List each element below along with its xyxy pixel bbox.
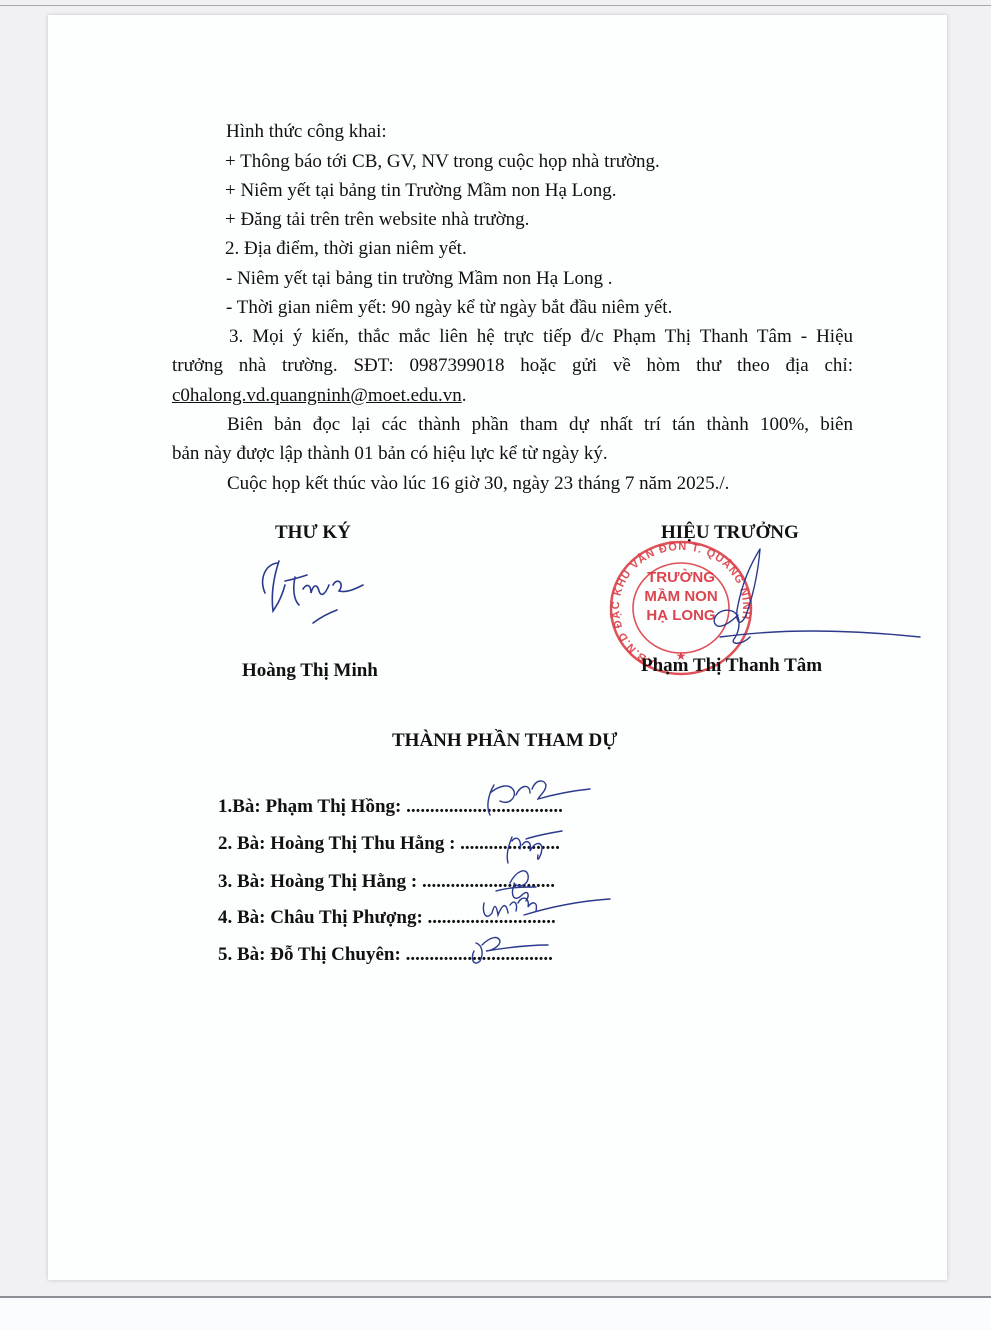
disclosure-item-meeting: + Thông báo tới CB, GV, NV trong cuộc họ… bbox=[225, 151, 660, 173]
disclosure-item-board: + Niêm yết tại bảng tin Trường Mầm non H… bbox=[225, 180, 617, 202]
attendee-4: 4. Bà: Châu Thị Phượng: ................… bbox=[218, 907, 556, 929]
posting-duration: - Thời gian niêm yết: 90 ngày kể từ ngày… bbox=[226, 297, 672, 319]
conclusion-line-2: bản này được lập thành 01 bản có hiệu lự… bbox=[172, 443, 608, 465]
attendee-2: 2. Bà: Hoàng Thị Thu Hằng : ............… bbox=[218, 833, 560, 855]
contact-line-1: 3. Mọi ý kiến, thắc mắc liên hệ trực tiế… bbox=[229, 326, 853, 348]
attendee-3: 3. Bà: Hoàng Thị Hằng : ................… bbox=[218, 871, 555, 893]
conclusion-line-1: Biên bản đọc lại các thành phần tham dự … bbox=[227, 414, 853, 436]
contact-email-link[interactable]: c0halong.vd.quangninh@moet.edu.vn bbox=[172, 385, 462, 406]
disclosure-heading: Hình thức công khai: bbox=[226, 121, 387, 143]
meeting-end-time: Cuộc họp kết thúc vào lúc 16 giờ 30, ngà… bbox=[227, 473, 729, 495]
viewer-bottom-strip bbox=[0, 1296, 991, 1330]
posting-location: - Niêm yết tại bảng tin trường Mầm non H… bbox=[226, 268, 613, 290]
attendee-1: 1.Bà: Phạm Thị Hồng: ...................… bbox=[218, 796, 563, 818]
principal-name: Phạm Thị Thanh Tâm bbox=[641, 655, 822, 677]
document-page bbox=[48, 15, 947, 1280]
contact-email-suffix: . bbox=[462, 385, 467, 406]
section-2-heading: 2. Địa điểm, thời gian niêm yết. bbox=[225, 238, 467, 260]
attendees-heading: THÀNH PHẦN THAM DỰ bbox=[392, 730, 617, 752]
attendee-5: 5. Bà: Đỗ Thị Chuyên: ..................… bbox=[218, 944, 553, 966]
principal-title: HIỆU TRƯỞNG bbox=[661, 522, 799, 544]
secretary-name: Hoàng Thị Minh bbox=[242, 660, 378, 682]
disclosure-item-website: + Đăng tải trên trên website nhà trường. bbox=[225, 209, 529, 231]
contact-email-line: c0halong.vd.quangninh@moet.edu.vn. bbox=[172, 385, 467, 407]
viewer-top-rule bbox=[0, 5, 991, 6]
secretary-title: THƯ KÝ bbox=[275, 522, 351, 544]
contact-line-2: trưởng nhà trường. SĐT: 0987399018 hoặc … bbox=[172, 355, 853, 377]
